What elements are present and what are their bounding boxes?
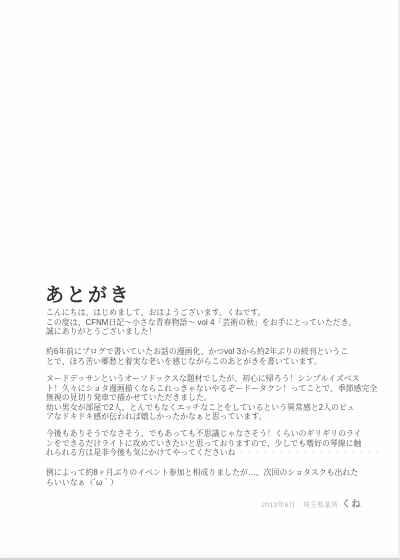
text-line: ンをできるだけライトに攻めていきたいと思っておりますので、少しでも嗜好の琴線に触: [46, 439, 371, 449]
text-line: らいいなぁ（´ω｀）: [46, 478, 371, 488]
author-name: くね: [341, 499, 361, 510]
text-line: ヌードデッサンというオーソドックスな題材でしたが、初心に帰ろう！シンプルイズベス: [46, 374, 371, 384]
text-line: 幼い男女が部屋で2人、とんでもなくエッチなことをしているという異常感と2人のピュ: [46, 403, 371, 413]
text-line: 約6年前にブログで書いていたお話の漫画化、かつvol 3から約2年ぶりの続刊とい…: [46, 347, 371, 357]
afterword-paragraph-theme: ヌードデッサンというオーソドックスな題材でしたが、初心に帰ろう！シンプルイズベス…: [46, 374, 371, 422]
text-line: アなドキドキ感が伝われば嬉しかったかなぁと思っています。: [46, 412, 371, 422]
afterword-paragraph-event: 例によって約8ヶ月ぶりのイベント参加と相成りましたが…、次回のショタスクも出れた…: [46, 468, 371, 487]
afterword-paragraph-greeting: こんにちは、はじめまして、おはようございます。くねです。 この度は、CFNM日記…: [46, 308, 371, 337]
colophon: 2013年6月 埼玉県某所くね: [261, 496, 361, 510]
afterword-paragraph-outlook: 今後もありそうでなさそう、でもあっても不思議じゃなさそう！くらいのギリギリのライ…: [46, 429, 371, 459]
text-line: この度は、CFNM日記～小さな青春物語～ vol 4「芸術の秋」をお手にとってい…: [46, 318, 371, 328]
dot-trail: ・・・・・・・・・・・・・・・・・・: [238, 450, 382, 457]
colophon-date-place: 2013年6月 埼玉県某所: [261, 502, 338, 509]
text-line: こんにちは、はじめまして、おはようございます。くねです。: [46, 308, 371, 318]
text-line: ト！久々にショタ漫画描くならこれっきゃないやるぞードータクン！ってことで、季節感…: [46, 384, 371, 394]
text-line: 例によって約8ヶ月ぶりのイベント参加と相成りましたが…、次回のショタスクも出れた: [46, 468, 371, 478]
text-line: 今後もありそうでなさそう、でもあっても不思議じゃなさそう！くらいのギリギリのライ: [46, 429, 371, 439]
text-line-main: れられる方は是非今後も気にかけてやってくださいね: [46, 448, 236, 457]
afterword-page: あとがき こんにちは、はじめまして、おはようございます。くねです。 この度は、C…: [0, 0, 400, 560]
text-line: 誠にありがとうございました！: [46, 327, 371, 337]
text-line: れられる方は是非今後も気にかけてやってくださいね ・・・・・・・・・・・・・・・…: [46, 448, 371, 459]
text-line: とで、ほろ苦い郷愁と着実な老いを感じながらこのあとがきを書いています。: [46, 357, 371, 367]
text-line: 無視の見切り発車で描かせていただきました。: [46, 393, 371, 403]
afterword-paragraph-history: 約6年前にブログで書いていたお話の漫画化、かつvol 3から約2年ぶりの続刊とい…: [46, 347, 371, 366]
afterword-title: あとがき: [45, 280, 131, 307]
